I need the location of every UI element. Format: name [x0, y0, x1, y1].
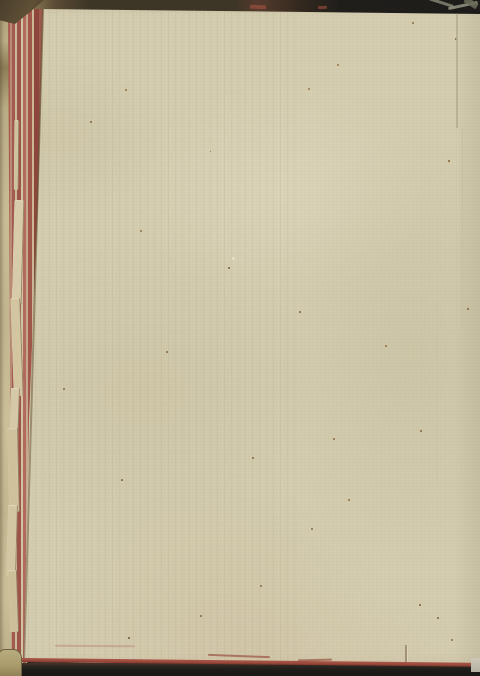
book-photo: [0, 0, 480, 676]
paper-crease: [462, 128, 463, 328]
paper-crease: [456, 13, 458, 128]
blank-page: [0, 0, 480, 676]
bottom-right-sliver: [471, 658, 480, 672]
paper-crease: [437, 300, 438, 480]
paper-creases: [0, 0, 480, 676]
cover-bottom-corner: [0, 649, 22, 676]
